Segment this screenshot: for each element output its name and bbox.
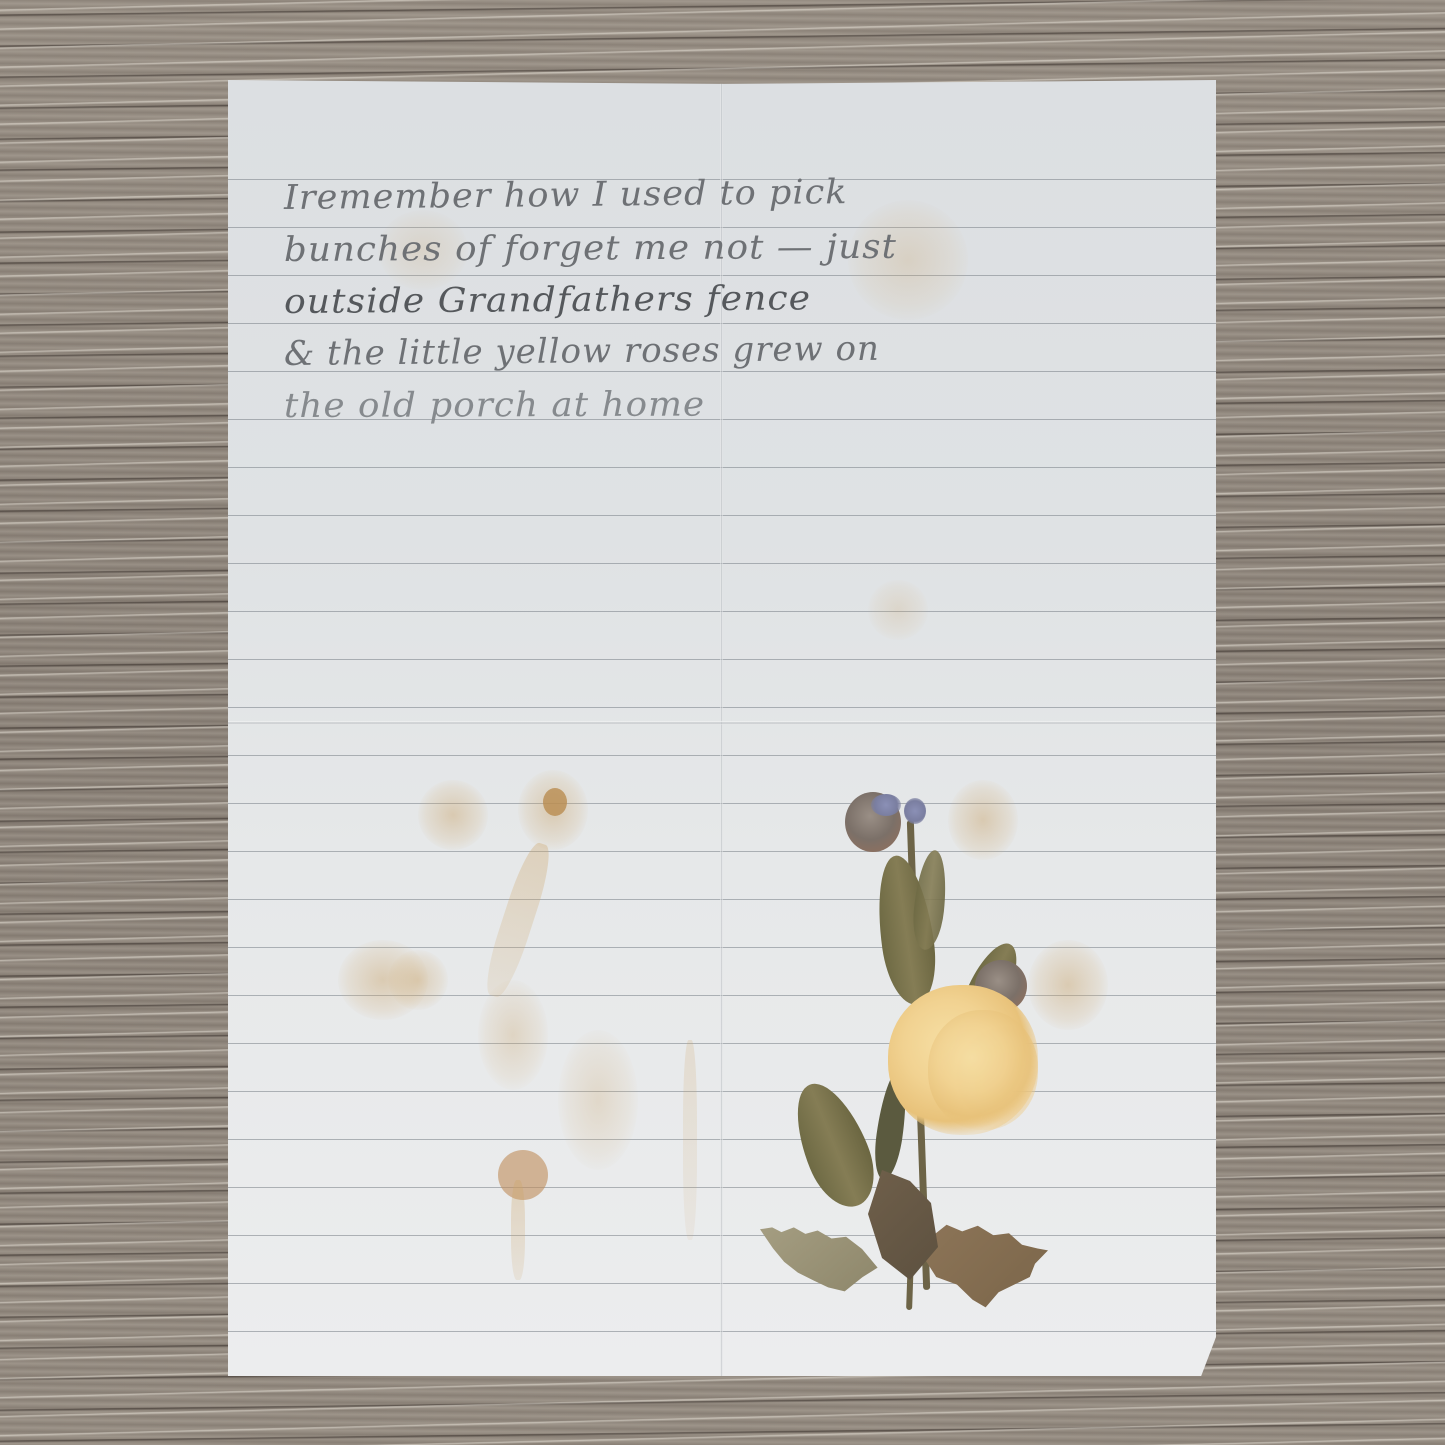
- upper-leaf: [910, 849, 950, 952]
- stain-streak: [683, 1040, 697, 1240]
- vertical-fold-crease: [720, 80, 723, 1376]
- handwriting-line-1: Iremember how I used to pick: [284, 172, 848, 218]
- letter-paper: Iremember how I used to pick bunches of …: [228, 80, 1216, 1376]
- handwriting-line-3: outside Grandfathers fence: [284, 278, 811, 322]
- photo-scene: Iremember how I used to pick bunches of …: [0, 0, 1445, 1445]
- handwriting-line-2: bunches of forget me not — just: [284, 227, 897, 270]
- yellow-rose-petals: [928, 1010, 1038, 1130]
- horizontal-fold-crease: [228, 721, 1216, 725]
- stain-petal: [418, 780, 488, 850]
- lower-leaf: [781, 1073, 887, 1217]
- stain-head-dark: [543, 788, 567, 816]
- stain-leaf: [388, 950, 448, 1010]
- handwriting-line-4: & the little yellow roses grew on: [284, 329, 880, 374]
- serrated-leaf-left: [756, 1221, 881, 1299]
- stain-leaf: [478, 980, 548, 1090]
- stain-stem-lower: [511, 1180, 525, 1280]
- stain-stem: [479, 839, 557, 1000]
- forget-me-not-petals: [871, 794, 901, 816]
- stain-leaf: [558, 1030, 638, 1170]
- handwriting-line-5: the old porch at home: [284, 385, 705, 426]
- stain: [1028, 940, 1108, 1030]
- forget-me-not-bud: [904, 798, 926, 824]
- stain: [948, 780, 1018, 860]
- stain: [868, 580, 928, 640]
